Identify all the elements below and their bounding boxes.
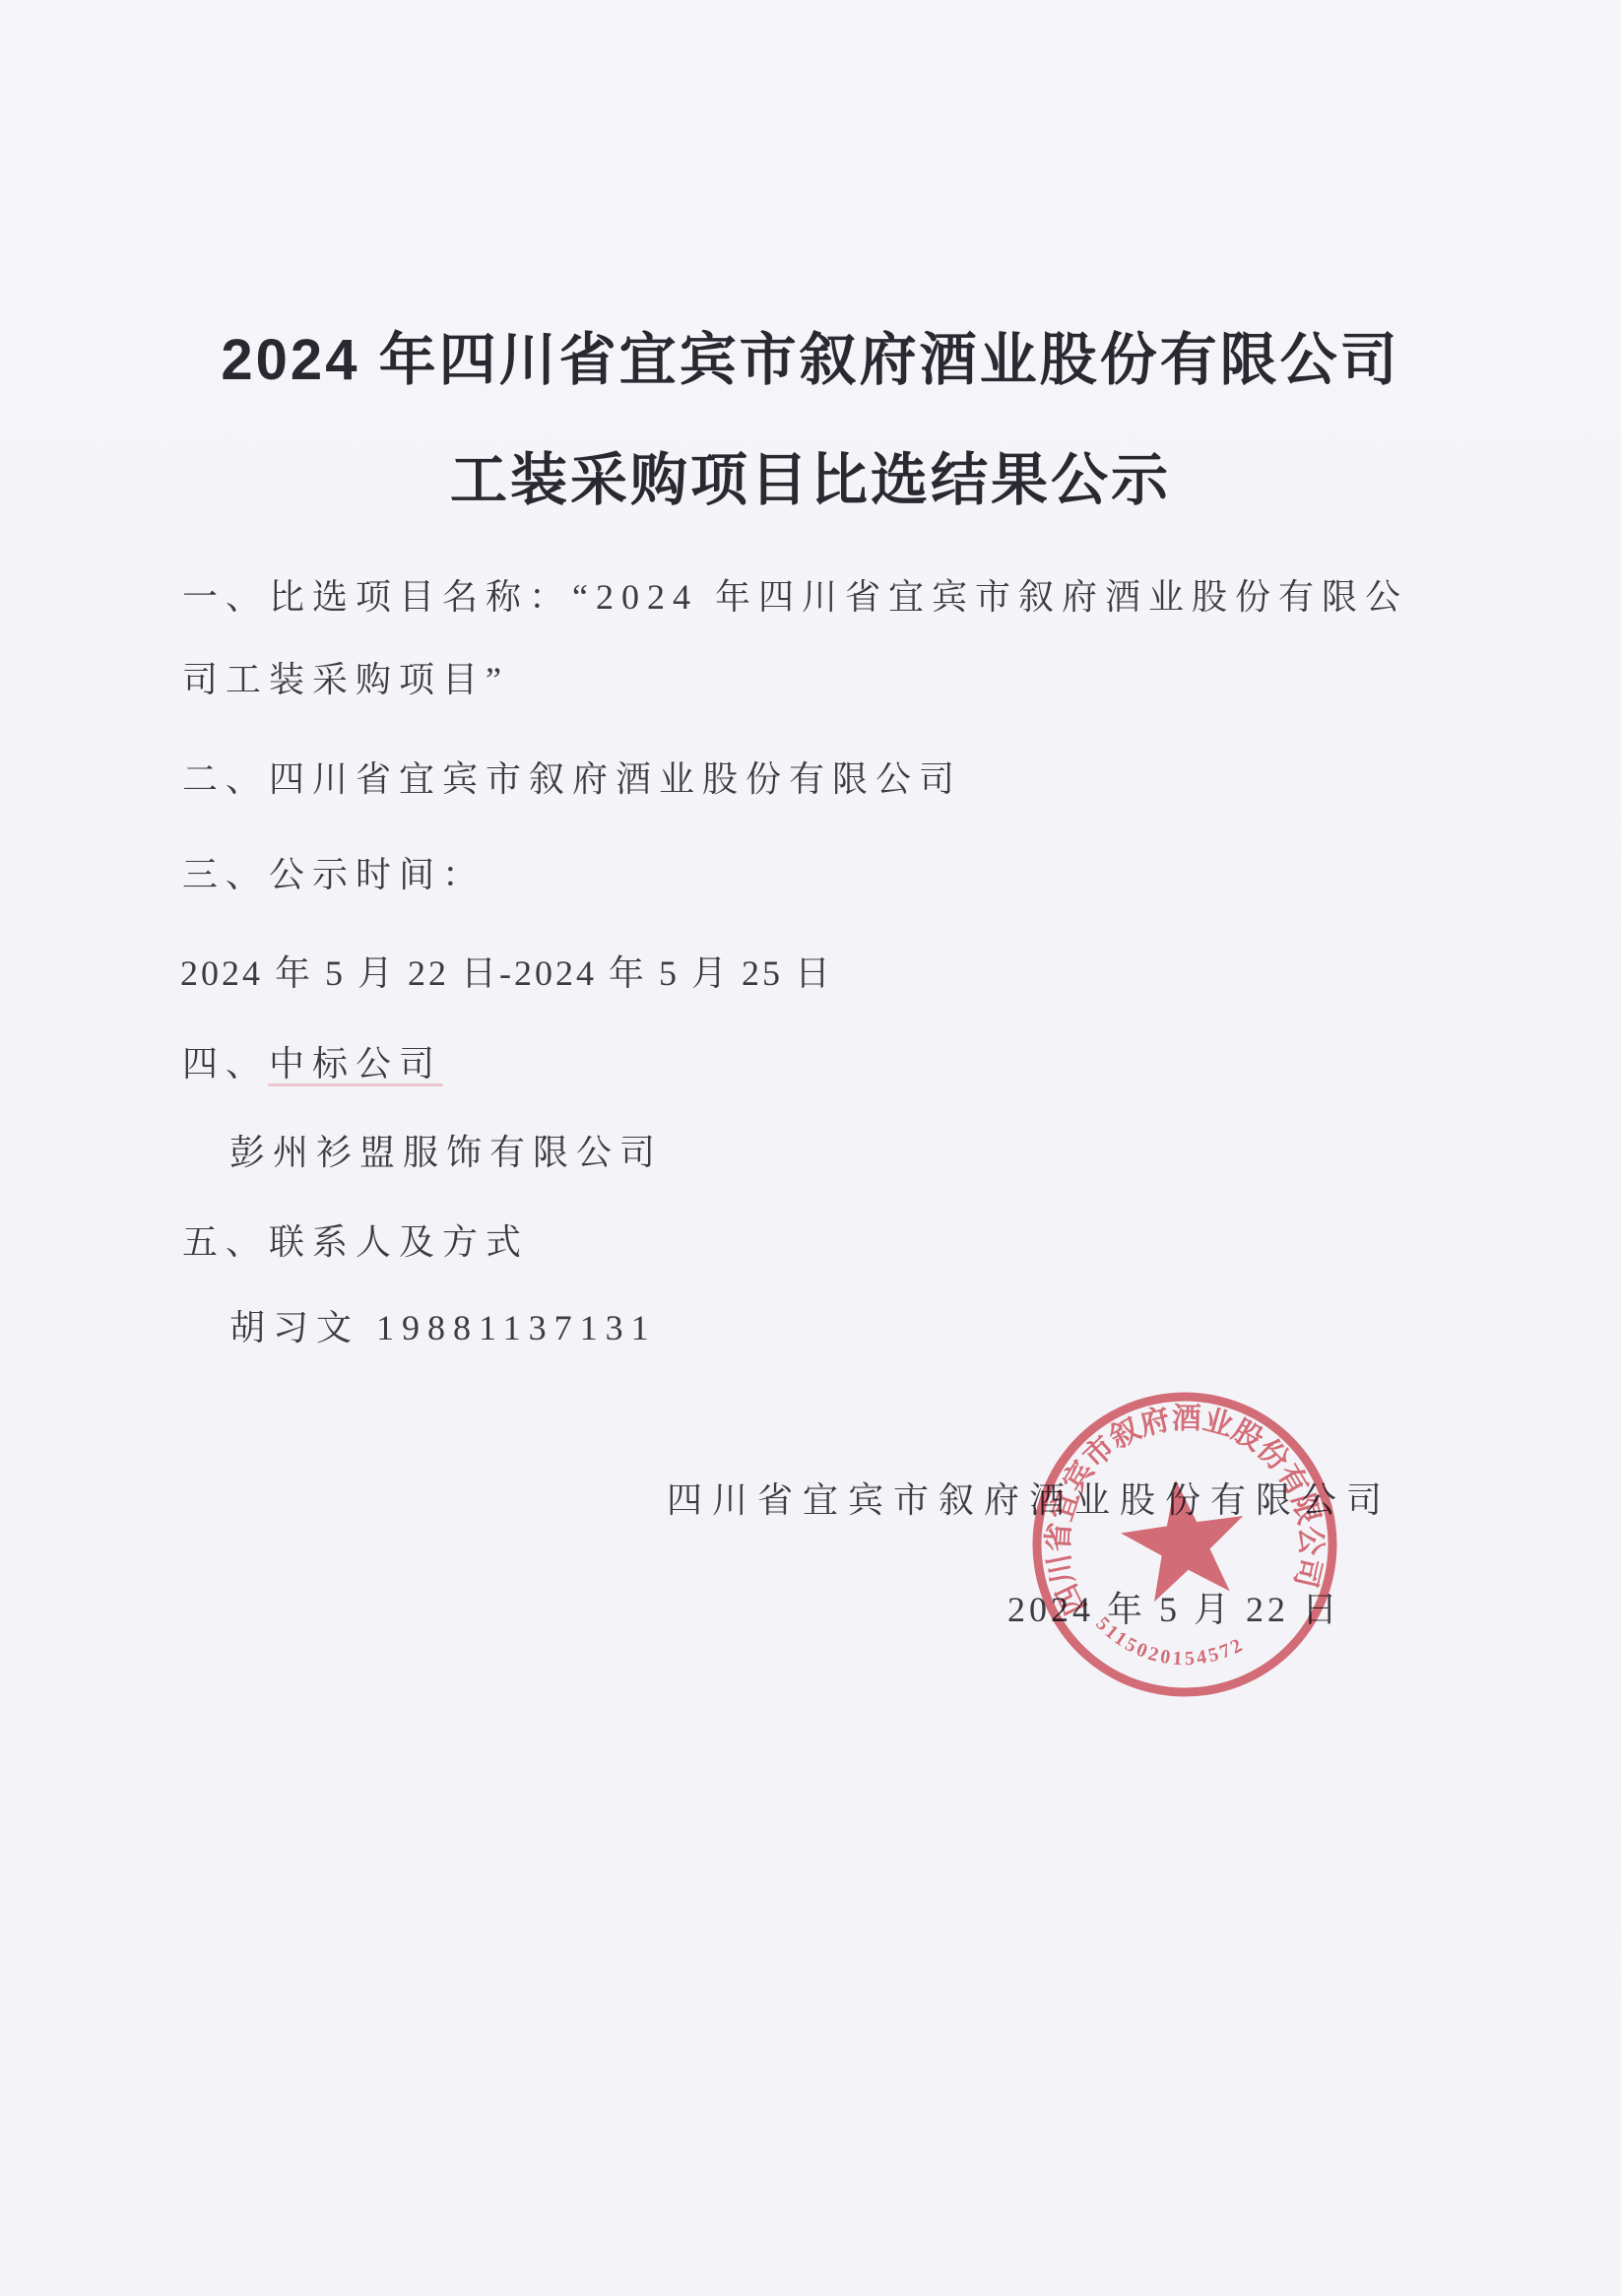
paragraph-project-name-line2: 司工装采购项目” — [182, 652, 509, 702]
paragraph-purchaser: 二、四川省宜宾市叙府酒业股份有限公司 — [182, 752, 962, 802]
company-seal: 四川省宜宾市叙府酒业股份有限公司 5115020154572 — [1006, 1366, 1362, 1722]
paragraph-publicity-period-label: 三、公示时间： — [182, 847, 486, 897]
paragraph-winner-label: 四、中标公司 — [182, 1036, 442, 1086]
publicity-date-range: 2024 年 5 月 22 日-2024 年 5 月 25 日 — [180, 946, 833, 996]
announcement-document: 2024 年四川省宜宾市叙府酒业股份有限公司 工装采购项目比选结果公示 一、比选… — [0, 0, 1621, 2296]
contact-person-and-phone: 胡习文 19881137131 — [229, 1300, 657, 1350]
document-title-line1: 2024 年四川省宜宾市叙府酒业股份有限公司 — [0, 313, 1621, 396]
document-title-line2: 工装采购项目比选结果公示 — [0, 433, 1621, 516]
scan-artifact-underline — [268, 1083, 443, 1086]
paragraph-project-name-line1: 一、比选项目名称：“2024 年四川省宜宾市叙府酒业股份有限公 — [182, 569, 1408, 620]
winner-company-name: 彭州衫盟服饰有限公司 — [229, 1125, 663, 1175]
seal-star-icon — [1115, 1472, 1254, 1606]
paragraph-contact-label: 五、联系人及方式 — [182, 1214, 529, 1265]
